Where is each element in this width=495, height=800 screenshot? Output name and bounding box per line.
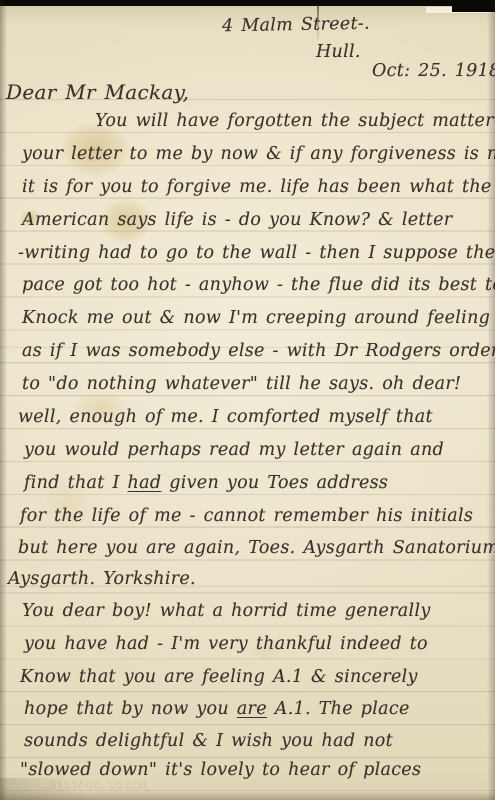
letter-line: your letter to me by now & if any forgiv… — [22, 142, 495, 166]
letter-scan: 4 Malm Street-. Hull. Oct: 25. 1918. Dea… — [0, 0, 495, 800]
letter-line-text: hope that by now you — [24, 699, 237, 719]
letter-line-text: given you Toes address — [161, 473, 388, 493]
page-crease-vertical — [317, 4, 319, 39]
letter-line: -writing had to go to the wall - then I … — [18, 241, 495, 265]
letter-line: Knock me out & now I'm creeping around f… — [22, 306, 490, 330]
letter-line: Know that you are feeling A.1 & sincerel… — [20, 665, 418, 689]
date-line: Oct: 25. 1918. — [372, 59, 495, 83]
scan-edge-top — [0, 0, 495, 6]
letter-line: you have had - I'm very thankful indeed … — [24, 632, 428, 656]
underlined-word: had — [128, 473, 162, 493]
letter-line: but here you are again, Toes. Aysgarth S… — [18, 536, 495, 560]
letter-line: it is for you to forgive me. life has be… — [22, 175, 492, 199]
letter-line: for the life of me - cannot remember his… — [20, 504, 473, 528]
letter-line: hope that by now you are A.1. The place — [24, 697, 410, 721]
letter-line: You dear boy! what a horrid time general… — [22, 599, 431, 623]
letter-line: sounds delightful & I wish you had not — [24, 729, 393, 753]
letter-line: you would perhaps read my letter again a… — [24, 438, 444, 462]
letter-line: Aysgarth. Yorkshire. — [8, 567, 196, 591]
torn-corner-shadow — [0, 778, 110, 800]
letter-line: to "do nothing whatever" till he says. o… — [22, 372, 461, 396]
letter-line: find that I had given you Toes address — [24, 471, 388, 495]
letter-line: well, enough of me. I comforted myself t… — [18, 405, 433, 429]
underlined-word: are — [237, 699, 267, 719]
address-line-2: Hull. — [316, 40, 361, 64]
salutation: Dear Mr Mackay, — [6, 80, 189, 104]
letter-line-text: A.1. The place — [267, 699, 410, 719]
letter-line: as if I was somebody else - with Dr Rodg… — [22, 339, 495, 363]
scan-edge-right — [487, 0, 495, 800]
scan-edge-left — [0, 0, 7, 800]
letter-line: American says life is - do you Know? & l… — [22, 208, 452, 232]
address-line-1: 4 Malm Street-. — [222, 12, 370, 39]
letter-line: You will have forgotten the subject matt… — [95, 109, 495, 133]
letter-line-text: find that I — [24, 473, 128, 493]
letter-line: pace got too hot - anyhow - the flue did… — [22, 273, 495, 297]
